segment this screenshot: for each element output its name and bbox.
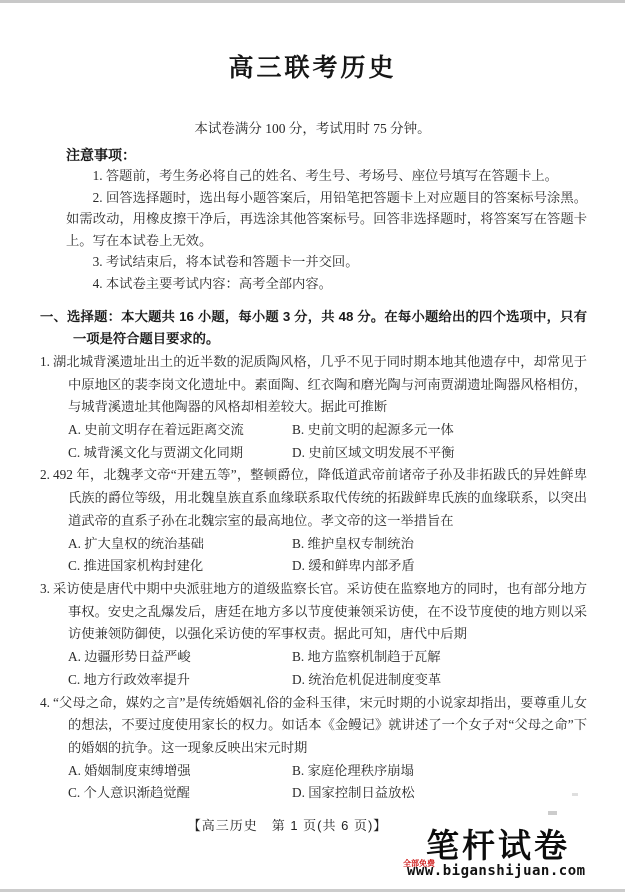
scan-artifact [572, 793, 578, 796]
option-c: C. 地方行政效率提升 [68, 669, 292, 692]
question-number: 4. [40, 695, 50, 710]
question-1: 1.湖北城背溪遗址出土的近半数的泥质陶风格，几乎不见于同时期本地其他遗存中，却常… [40, 351, 587, 465]
notice-item-2: 2. 回答选择题时，选出每小题答案后，用铅笔把答题卡上对应题目的答案标号涂黑。如… [66, 187, 587, 252]
top-divider [0, 0, 625, 3]
question-stem: 4.“父母之命，媒妁之言”是传统婚姻礼俗的金科玉律，宋元时期的小说家却指出，要尊… [40, 692, 587, 760]
exam-info: 本试卷满分 100 分，考试用时 75 分钟。 [0, 120, 625, 138]
option-c: C. 推进国家机构封建化 [68, 555, 292, 578]
exam-page: 高三联考历史 本试卷满分 100 分，考试用时 75 分钟。 注意事项： 1. … [0, 0, 625, 893]
question-stem: 1.湖北城背溪遗址出土的近半数的泥质陶风格，几乎不见于同时期本地其他遗存中，却常… [40, 351, 587, 419]
option-d: D. 统治危机促进制度变革 [292, 669, 587, 692]
question-number: 3. [40, 581, 50, 596]
question-stem: 3.采访使是唐代中期中央派驻地方的道级监察长官。采访使在监察地方的同时，也有部分… [40, 578, 587, 646]
watermark-free-tag: 全部免费 [403, 860, 435, 868]
options-list: A. 边疆形势日益严峻 B. 地方监察机制趋于瓦解 C. 地方行政效率提升 D.… [68, 646, 587, 691]
watermark-brand: 笔杆试卷 [426, 829, 592, 862]
option-b: B. 维护皇权专制统治 [292, 533, 587, 556]
question-2: 2.492 年，北魏孝文帝“开建五等”，整顿爵位，降低道武帝前诸帝子孙及非拓跋氏… [40, 464, 587, 578]
notice-heading: 注意事项： [66, 145, 587, 165]
section-heading: 一、选择题：本大题共 16 小题，每小题 3 分，共 48 分。在每小题给出的四… [40, 306, 587, 351]
bottom-divider [0, 889, 625, 892]
question-text: 采访使是唐代中期中央派驻地方的道级监察长官。采访使在监察地方的同时，也有部分地方… [53, 581, 587, 641]
option-d: D. 史前区域文明发展不平衡 [292, 442, 587, 465]
question-3: 3.采访使是唐代中期中央派驻地方的道级监察长官。采访使在监察地方的同时，也有部分… [40, 578, 587, 692]
option-a: A. 边疆形势日益严峻 [68, 646, 292, 669]
option-a: A. 史前文明存在着远距离交流 [68, 419, 292, 442]
option-d: D. 缓和鲜卑内部矛盾 [292, 555, 587, 578]
option-b: B. 家庭伦理秩序崩塌 [292, 760, 587, 783]
question-number: 2. [40, 467, 50, 482]
option-d: D. 国家控制日益放松 [292, 782, 587, 805]
watermark: 全部免费 笔杆试卷 www.biganshijuan.com [402, 829, 592, 878]
notice-section: 注意事项： 1. 答题前，考生务必将自己的姓名、考生号、考场号、座位号填写在答题… [66, 145, 587, 295]
question-text: 湖北城背溪遗址出土的近半数的泥质陶风格，几乎不见于同时期本地其他遗存中，却常见于… [53, 354, 587, 414]
notice-item-4: 4. 本试卷主要考试内容：高考全部内容。 [66, 273, 587, 295]
question-text: 492 年，北魏孝文帝“开建五等”，整顿爵位，降低道武帝前诸帝子孙及非拓跋氏的异… [53, 467, 587, 527]
question-number: 1. [40, 354, 50, 369]
question-stem: 2.492 年，北魏孝文帝“开建五等”，整顿爵位，降低道武帝前诸帝子孙及非拓跋氏… [40, 464, 587, 532]
notice-item-3: 3. 考试结束后，将本试卷和答题卡一并交回。 [66, 251, 587, 273]
options-list: A. 扩大皇权的统治基础 B. 维护皇权专制统治 C. 推进国家机构封建化 D.… [68, 533, 587, 578]
option-c: C. 城背溪文化与贾湖文化同期 [68, 442, 292, 465]
option-c: C. 个人意识渐趋觉醒 [68, 782, 292, 805]
question-4: 4.“父母之命，媒妁之言”是传统婚姻礼俗的金科玉律，宋元时期的小说家却指出，要尊… [40, 692, 587, 806]
notice-item-1: 1. 答题前，考生务必将自己的姓名、考生号、考场号、座位号填写在答题卡上。 [66, 165, 587, 187]
option-a: A. 婚姻制度束缚增强 [68, 760, 292, 783]
options-list: A. 婚姻制度束缚增强 B. 家庭伦理秩序崩塌 C. 个人意识渐趋觉醒 D. 国… [68, 760, 587, 805]
question-section: 一、选择题：本大题共 16 小题，每小题 3 分，共 48 分。在每小题给出的四… [40, 306, 587, 805]
option-b: B. 史前文明的起源多元一体 [292, 419, 587, 442]
scan-artifact [548, 811, 557, 815]
page-title: 高三联考历史 [0, 0, 625, 84]
options-list: A. 史前文明存在着远距离交流 B. 史前文明的起源多元一体 C. 城背溪文化与… [68, 419, 587, 464]
option-a: A. 扩大皇权的统治基础 [68, 533, 292, 556]
question-text: “父母之命，媒妁之言”是传统婚姻礼俗的金科玉律，宋元时期的小说家却指出，要尊重儿… [53, 695, 587, 755]
option-b: B. 地方监察机制趋于瓦解 [292, 646, 587, 669]
